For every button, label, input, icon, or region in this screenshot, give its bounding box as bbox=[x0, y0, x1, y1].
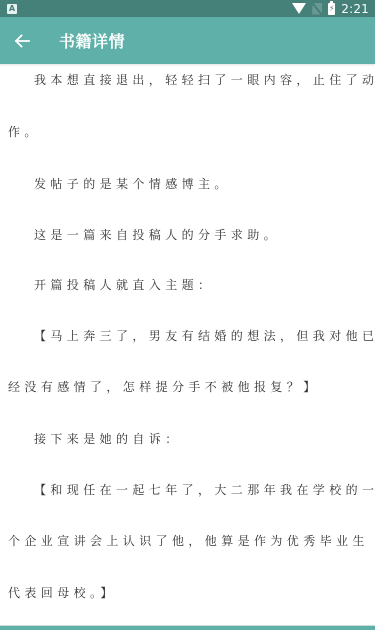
text-line: 经没有感情了，怎样提分手不被他报复？】 bbox=[0, 379, 375, 395]
app-bar: 书籍详情 bbox=[0, 17, 375, 64]
text-line: 代表回母校。】 bbox=[0, 585, 375, 601]
text-line: 我本想直接退出，轻轻扫了一眼内容，止住了动 bbox=[0, 72, 375, 88]
text-line: 接下来是她的自诉： bbox=[0, 431, 375, 447]
battery-charging-icon bbox=[328, 3, 335, 15]
text-line: 发帖子的是某个情感博主。 bbox=[0, 176, 375, 192]
text-line: 开篇投稿人就直入主题： bbox=[0, 277, 375, 293]
page-title: 书籍详情 bbox=[59, 29, 125, 52]
book-content[interactable]: 我本想直接退出，轻轻扫了一眼内容，止住了动 作。 发帖子的是某个情感博主。 这是… bbox=[0, 64, 375, 625]
status-bar: A 2:21 bbox=[0, 0, 375, 17]
bottom-bar bbox=[0, 625, 375, 630]
back-button[interactable] bbox=[0, 17, 44, 64]
status-left: A bbox=[7, 4, 17, 14]
text-line: 个企业宣讲会上认识了他，他算是作为优秀毕业生 bbox=[0, 533, 375, 549]
status-right: 2:21 bbox=[292, 2, 369, 16]
notification-icon: A bbox=[7, 4, 17, 14]
no-sim-icon bbox=[312, 3, 322, 15]
text-line: 【马上奔三了，男友有结婚的想法，但我对他已 bbox=[0, 328, 375, 344]
status-time: 2:21 bbox=[341, 2, 369, 16]
wifi-icon bbox=[292, 3, 306, 14]
text-line: 这是一篇来自投稿人的分手求助。 bbox=[0, 227, 375, 243]
text-line: 作。 bbox=[0, 124, 375, 140]
text-line: 【和现任在一起七年了，大二那年我在学校的一 bbox=[0, 482, 375, 498]
arrow-left-icon bbox=[14, 33, 30, 49]
